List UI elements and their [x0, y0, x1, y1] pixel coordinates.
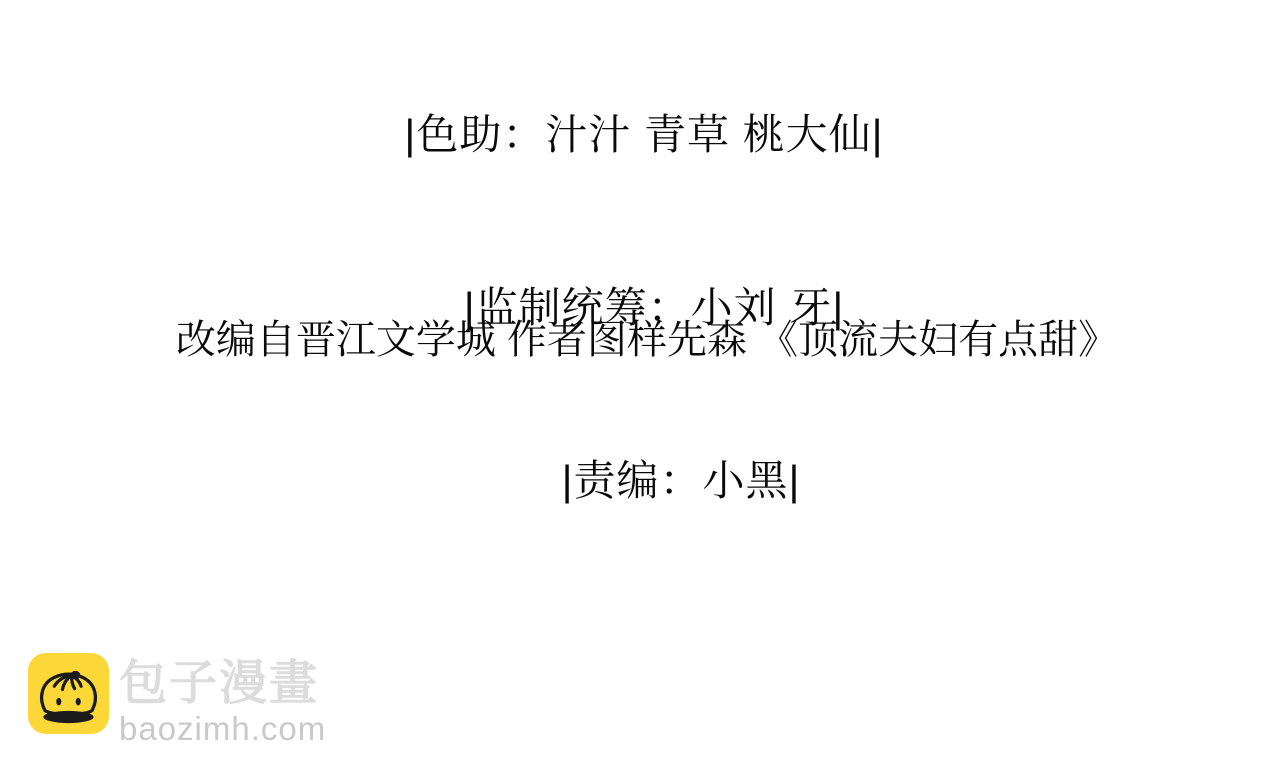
comic-credits-page: |色助：汁汁 青草 桃大仙| |监制统筹：小刘 牙| |责编：小黑| 改编自晋江…: [0, 0, 1280, 765]
credit-line-color-assistants: |色助：汁汁 青草 桃大仙|: [4, 96, 1280, 173]
adaptation-source-note: 改编自晋江文学城 作者图样先森 《顶流夫妇有点甜》: [7, 310, 1280, 370]
site-name: 包子漫畫: [119, 660, 326, 708]
watermark-text: 包子漫畫 baozimh.com: [119, 653, 326, 745]
credit-line-editor: |责编：小黑|: [41, 442, 1280, 519]
credits-block: |色助：汁汁 青草 桃大仙| |监制统筹：小刘 牙| |责编：小黑|: [0, 0, 1280, 615]
baozi-bun-icon: [28, 653, 109, 734]
site-domain: baozimh.com: [119, 712, 326, 745]
site-watermark: 包子漫畫 baozimh.com: [28, 653, 326, 745]
